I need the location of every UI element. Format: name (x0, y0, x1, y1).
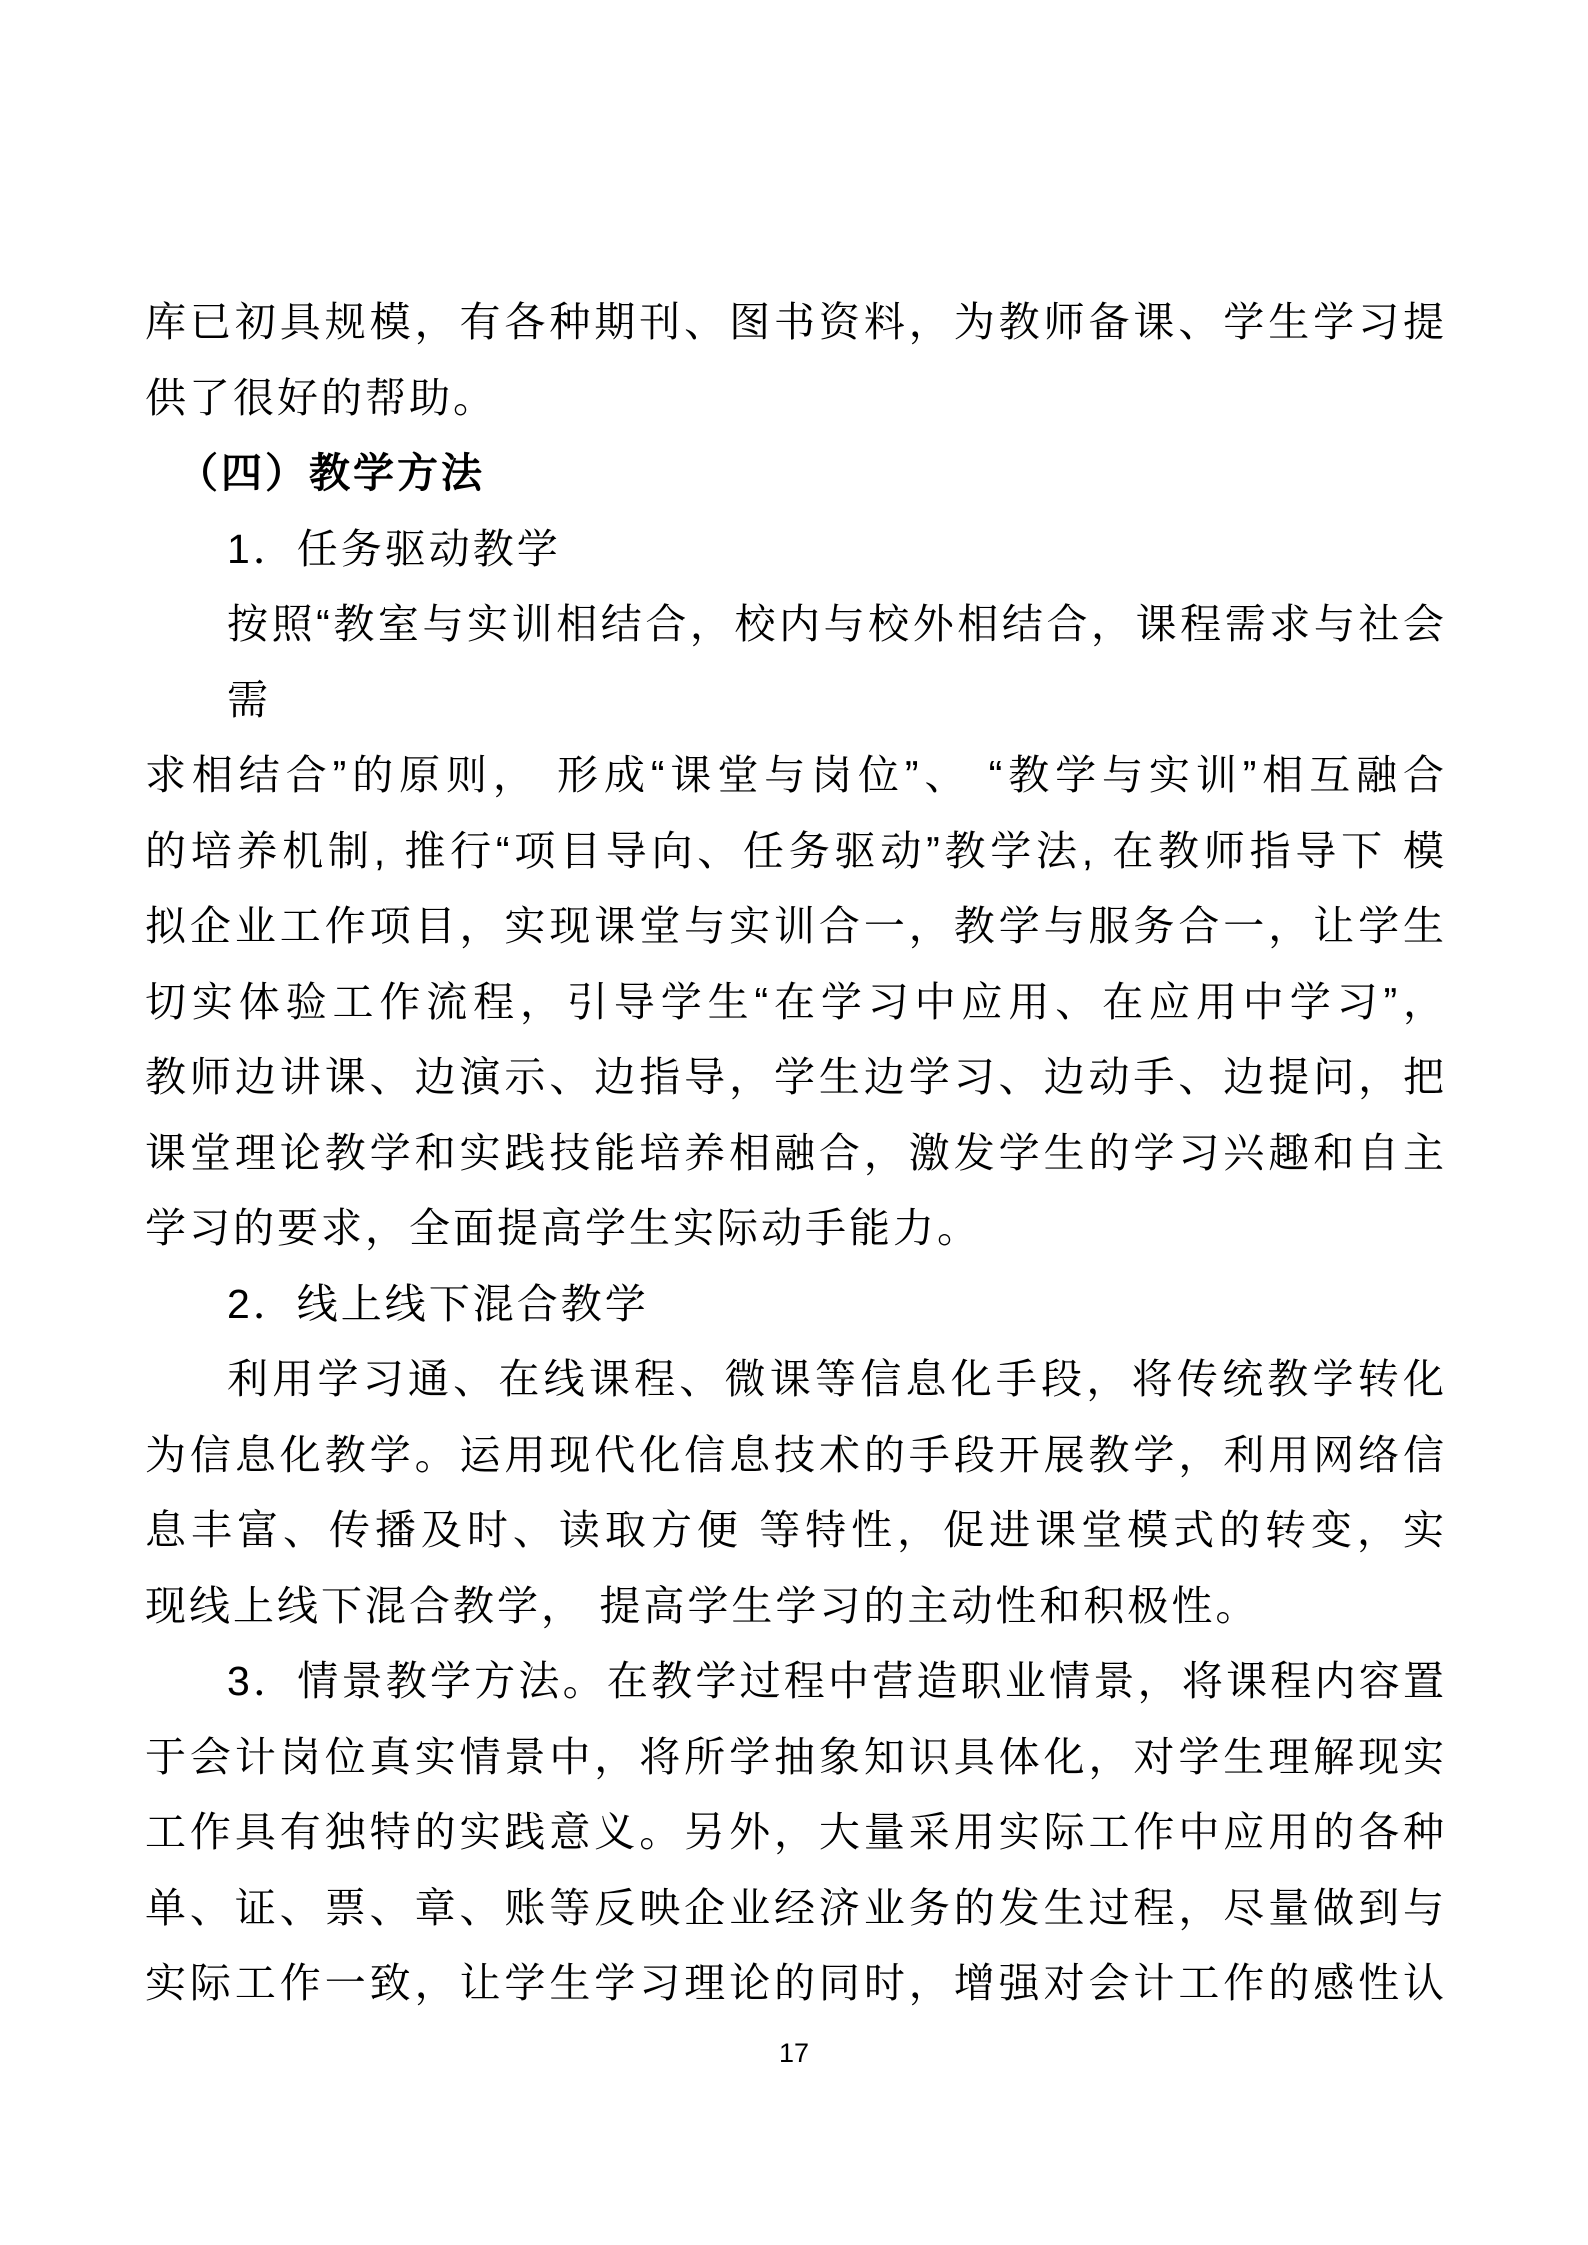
text-line: 现线上线下混合教学， 提高学生学习的主动性和积极性。 (145, 1569, 1447, 1645)
text-line: 学习的要求，全面提高学生实际动手能力。 (145, 1191, 1447, 1267)
text-line: 求相结合”的原则， 形成“课堂与岗位”、 “教学与实训”相互融合 (145, 738, 1447, 814)
text-line: 切实体验工作流程，引导学生“在学习中应用、在应用中学习”， (145, 965, 1447, 1041)
text-line: 工作具有独特的实践意义。另外，大量采用实际工作中应用的各种 (145, 1795, 1447, 1871)
text-line: 1．任务驱动教学 (145, 512, 1447, 588)
text-line: 于会计岗位真实情景中，将所学抽象知识具体化，对学生理解现实 (145, 1720, 1447, 1796)
text-line: 课堂理论教学和实践技能培养相融合，激发学生的学习兴趣和自主 (145, 1116, 1447, 1192)
text-line: （四）教学方法 (145, 436, 1447, 512)
document-page: 库已初具规模，有各种期刊、图书资料，为教师备课、学生学习提供了很好的帮助。（四）… (0, 0, 1588, 2245)
text-line: 教师边讲课、边演示、边指导，学生边学习、边动手、边提问，把 (145, 1040, 1447, 1116)
text-line: 按照“教室与实训相结合，校内与校外相结合，课程需求与社会需 (145, 587, 1447, 738)
text-line: 息丰富、传播及时、读取方便 等特性，促进课堂模式的转变，实 (145, 1493, 1447, 1569)
text-line: 拟企业工作项目，实现课堂与实训合一，教学与服务合一，让学生 (145, 889, 1447, 965)
text-line: 为信息化教学。运用现代化信息技术的手段开展教学，利用网络信 (145, 1418, 1447, 1494)
page-number: 17 (0, 2036, 1588, 2070)
text-line: 供了很好的帮助。 (145, 361, 1447, 437)
text-line: 利用学习通、在线课程、微课等信息化手段，将传统教学转化 (145, 1342, 1447, 1418)
text-line: 2．线上线下混合教学 (145, 1267, 1447, 1343)
text-line: 实际工作一致，让学生学习理论的同时，增强对会计工作的感性认 (145, 1946, 1447, 2022)
document-text: 库已初具规模，有各种期刊、图书资料，为教师备课、学生学习提供了很好的帮助。（四）… (145, 285, 1447, 2022)
text-line: 库已初具规模，有各种期刊、图书资料，为教师备课、学生学习提 (145, 285, 1447, 361)
text-line: 3．情景教学方法。在教学过程中营造职业情景，将课程内容置 (145, 1644, 1447, 1720)
text-line: 的培养机制, 推行“项目导向、任务驱动”教学法, 在教师指导下 模 (145, 814, 1447, 890)
text-line: 单、证、票、章、账等反映企业经济业务的发生过程，尽量做到与 (145, 1871, 1447, 1947)
